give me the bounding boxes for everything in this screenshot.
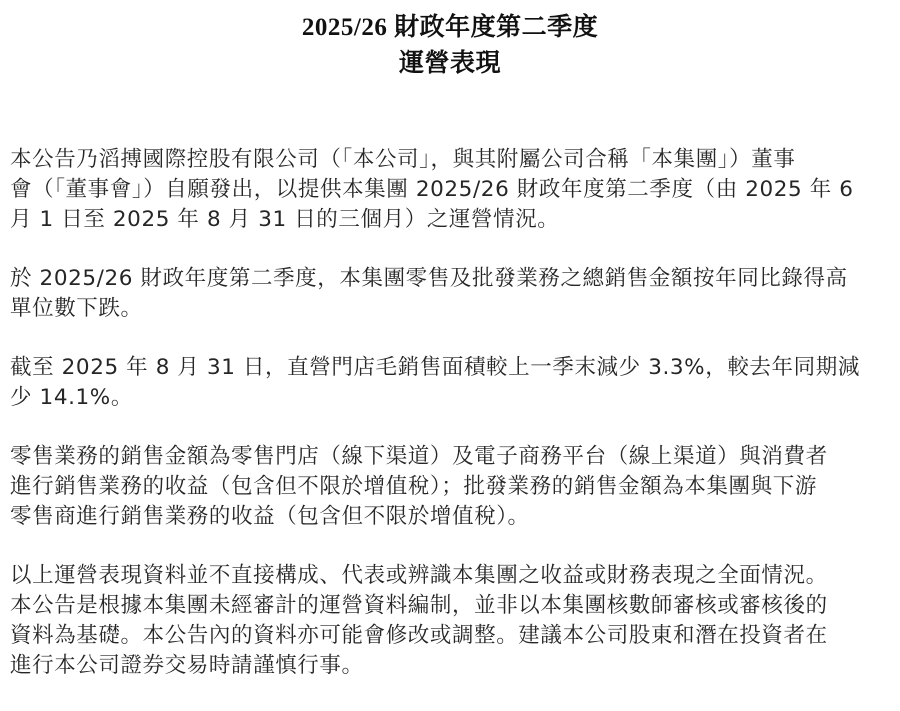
text-line: 零售商進行銷售業務的收益（包含但不限於增值稅）。 [10,502,890,532]
text-line: 以上運營表現資料並不直接構成、代表或辨識本集團之收益或財務表現之全面情況。 [10,561,890,591]
text-line: 月 1 日至 2025 年 8 月 31 日的三個月）之運營情況。 [10,205,890,235]
paragraph-sales-definition: 零售業務的銷售金額為零售門店（線下渠道）及電子商務平台（線上渠道）與消費者 進行… [10,442,890,532]
document-title: 2025/26 財政年度第二季度 運營表現 [0,10,900,82]
text-line: 零售業務的銷售金額為零售門店（線下渠道）及電子商務平台（線上渠道）與消費者 [10,442,890,472]
title-line-operating-performance: 運營表現 [0,46,900,82]
paragraph-sales-performance: 於 2025/26 財政年度第二季度，本集團零售及批發業務之總銷售金額按年同比錄… [10,264,890,324]
text-line: 進行本公司證券交易時請謹慎行事。 [10,651,890,681]
text-line: 少 14.1%。 [10,383,890,413]
text-line: 單位數下跌。 [10,294,890,324]
text-line: 進行銷售業務的收益（包含但不限於增值稅）；批發業務的銷售金額為本集團與下游 [10,472,890,502]
title-line-fiscal-quarter: 2025/26 財政年度第二季度 [0,10,900,46]
paragraph-announcement-intro: 本公告乃滔搏國際控股有限公司（「本公司」，與其附屬公司合稱「本集團」）董事 會（… [10,145,890,235]
document-body: 本公告乃滔搏國際控股有限公司（「本公司」，與其附屬公司合稱「本集團」）董事 會（… [10,145,890,710]
text-line: 本公告是根據本集團未經審計的運營資料編制，並非以本集團核數師審核或審核後的 [10,591,890,621]
paragraph-disclaimer: 以上運營表現資料並不直接構成、代表或辨識本集團之收益或財務表現之全面情況。 本公… [10,561,890,681]
text-line: 資料為基礎。本公告內的資料亦可能會修改或調整。建議本公司股東和潛在投資者在 [10,621,890,651]
text-line: 於 2025/26 財政年度第二季度，本集團零售及批發業務之總銷售金額按年同比錄… [10,264,890,294]
text-line: 本公告乃滔搏國際控股有限公司（「本公司」，與其附屬公司合稱「本集團」）董事 [10,145,890,175]
text-line: 會（「董事會」）自願發出，以提供本集團 2025/26 財政年度第二季度（由 2… [10,175,890,205]
paragraph-store-area: 截至 2025 年 8 月 31 日，直營門店毛銷售面積較上一季末減少 3.3%… [10,353,890,413]
text-line: 截至 2025 年 8 月 31 日，直營門店毛銷售面積較上一季末減少 3.3%… [10,353,890,383]
